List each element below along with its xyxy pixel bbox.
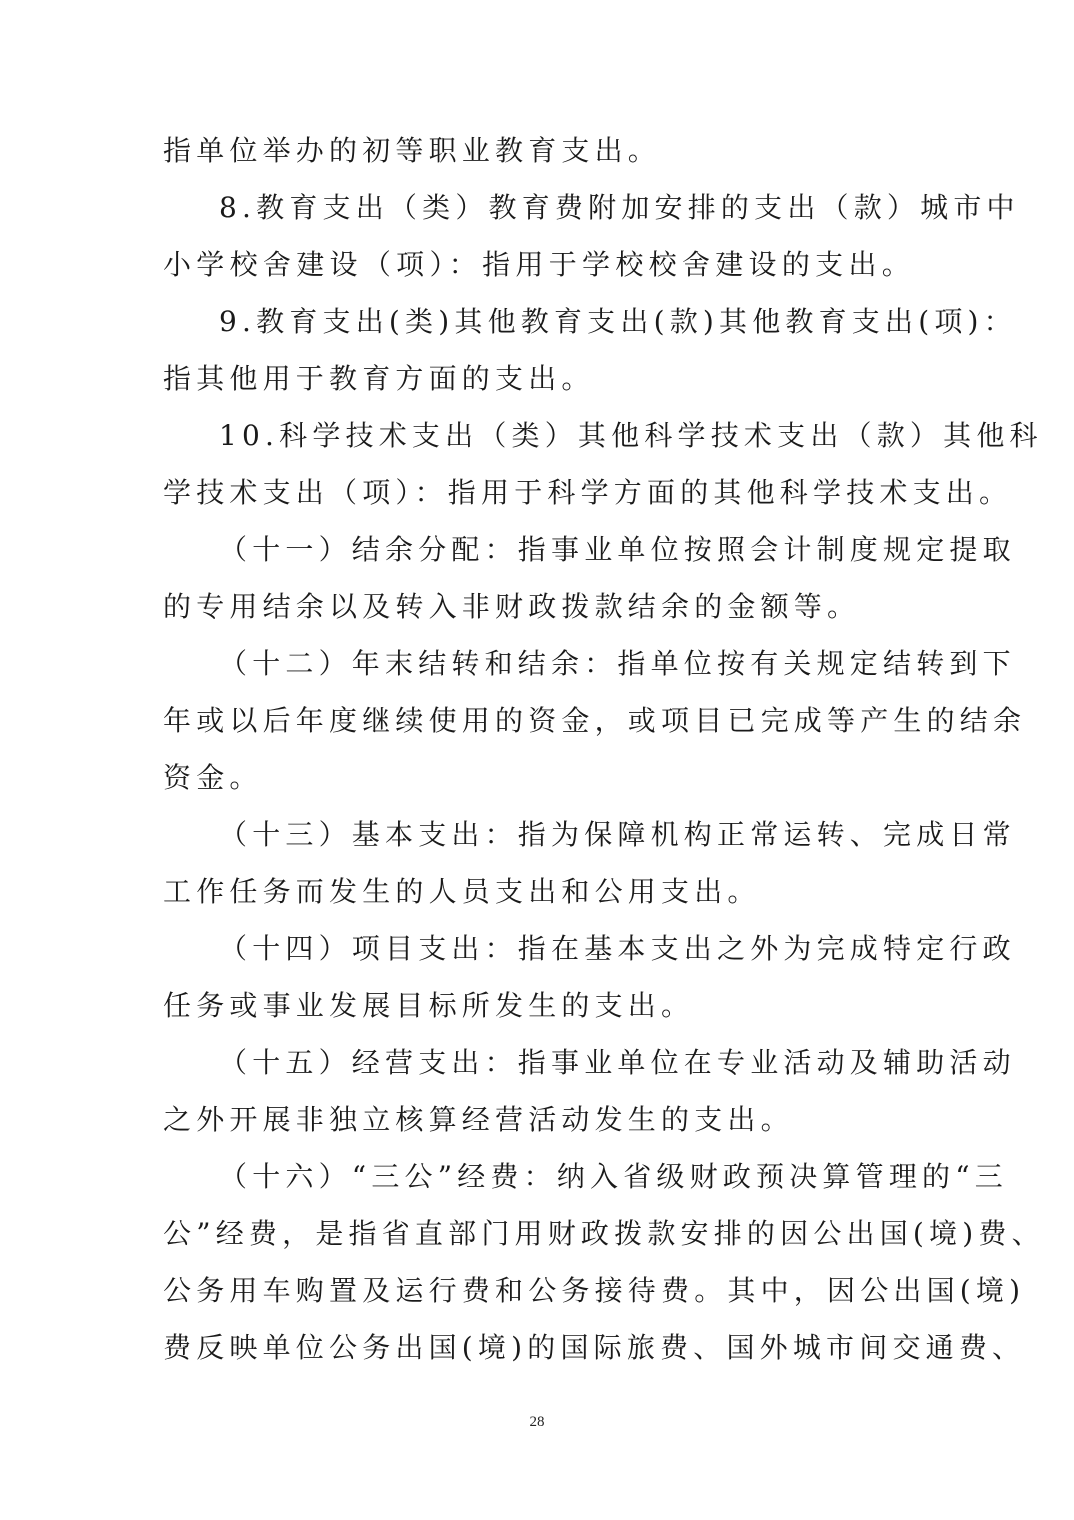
paragraph-first-line: 9.教育支出(类)其他教育支出(款)其他教育支出(项)： (219, 305, 915, 339)
paragraph-line: 学技术支出（项）：指用于科学方面的其他科学技术支出。 (163, 476, 915, 510)
paragraph-first-line: （十四）项目支出：指在基本支出之外为完成特定行政 (219, 932, 915, 966)
paragraph-first-line: （十五）经营支出：指事业单位在专业活动及辅助活动 (219, 1046, 915, 1080)
paragraph-line: 公”经费，是指省直部门用财政拨款安排的因公出国(境)费、 (163, 1217, 915, 1251)
paragraph-line: 任务或事业发展目标所发生的支出。 (163, 989, 915, 1023)
paragraph-line: 指其他用于教育方面的支出。 (163, 362, 915, 396)
paragraph-line: 小学校舍建设（项）：指用于学校校舍建设的支出。 (163, 248, 915, 282)
paragraph-first-line: （十一）结余分配：指事业单位按照会计制度规定提取 (219, 533, 915, 567)
paragraph-line: 的专用结余以及转入非财政拨款结余的金额等。 (163, 590, 915, 624)
paragraph-line: 费反映单位公务出国(境)的国际旅费、国外城市间交通费、 (163, 1331, 915, 1365)
paragraph-first-line: 8.教育支出（类）教育费附加安排的支出（款）城市中 (219, 191, 915, 225)
paragraph-first-line: （十二）年末结转和结余：指单位按有关规定结转到下 (219, 647, 915, 681)
paragraph-line: 指单位举办的初等职业教育支出。 (163, 134, 915, 168)
paragraph-line: 年或以后年度继续使用的资金，或项目已完成等产生的结余 (163, 704, 915, 738)
page-number: 28 (0, 1414, 1074, 1431)
document-page: 指单位举办的初等职业教育支出。8.教育支出（类）教育费附加安排的支出（款）城市中… (0, 0, 1074, 1520)
paragraph-first-line: （十六）“三公”经费：纳入省级财政预决算管理的“三 (219, 1160, 915, 1194)
paragraph-line: 之外开展非独立核算经营活动发生的支出。 (163, 1103, 915, 1137)
paragraph-first-line: （十三）基本支出：指为保障机构正常运转、完成日常 (219, 818, 915, 852)
paragraph-line: 工作任务而发生的人员支出和公用支出。 (163, 875, 915, 909)
paragraph-line: 资金。 (163, 761, 915, 795)
paragraph-line: 公务用车购置及运行费和公务接待费。其中，因公出国(境) (163, 1274, 915, 1308)
paragraph-first-line: 10.科学技术支出（类）其他科学技术支出（款）其他科 (219, 419, 915, 453)
